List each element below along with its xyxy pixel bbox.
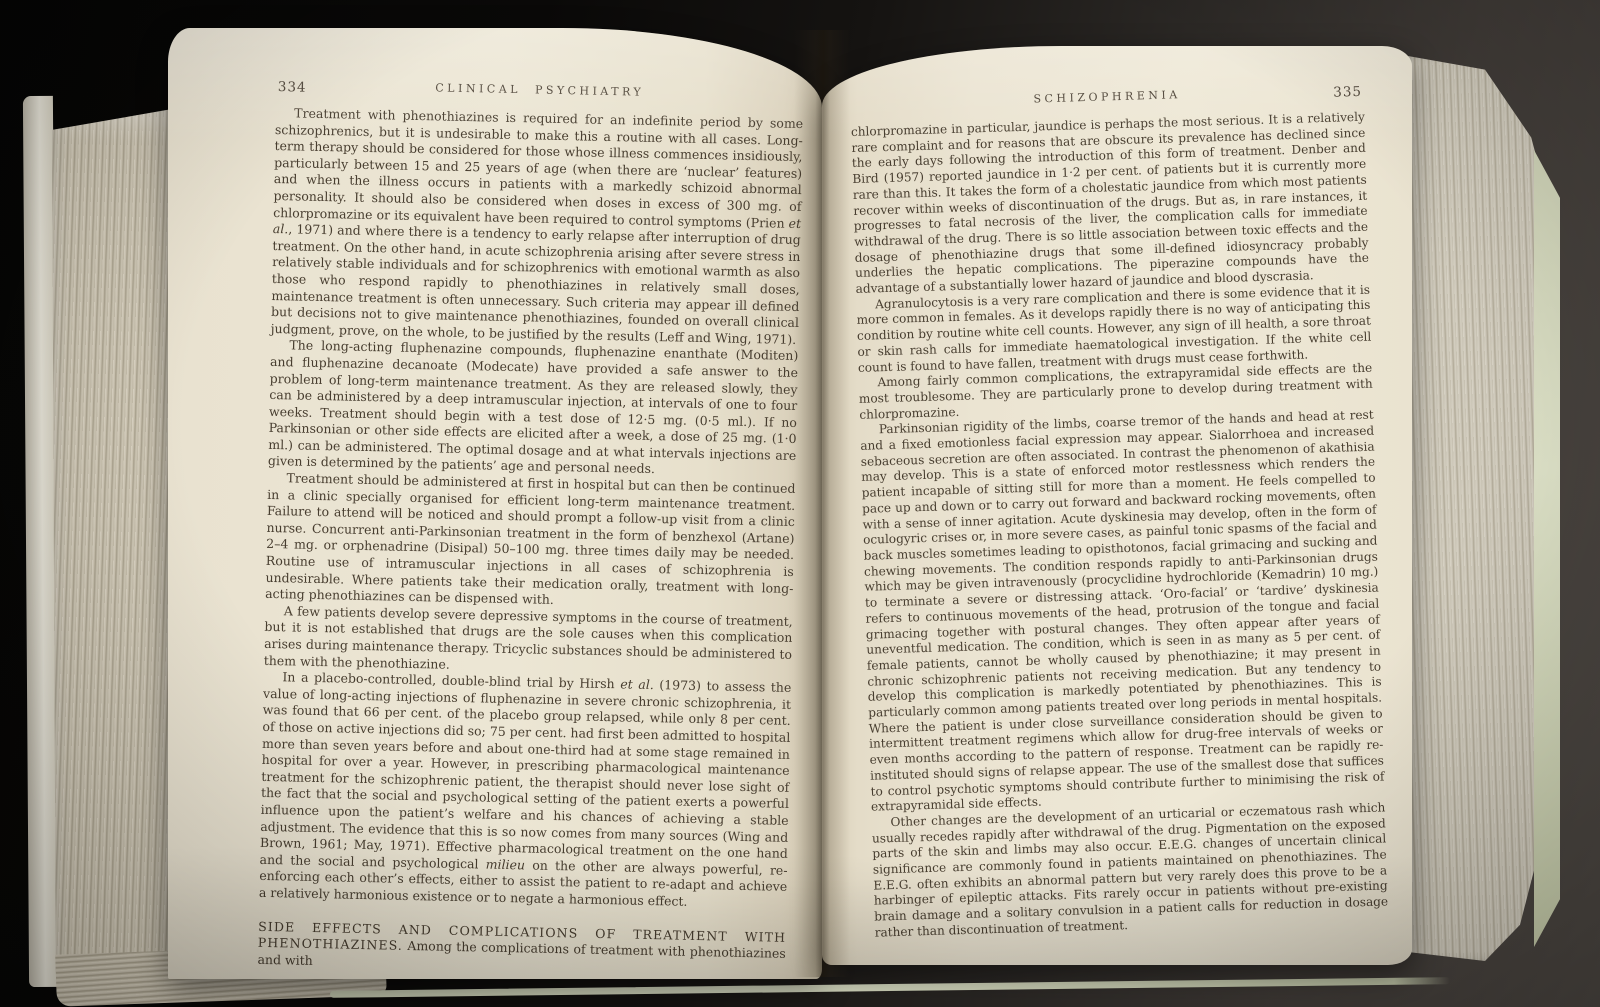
right-running-header: SCHIZOPHRENIA	[850, 83, 1364, 111]
paragraph: Treatment with phenothiazines is require…	[271, 105, 804, 348]
right-page-text: SCHIZOPHRENIA 335 chlorpromazine in part…	[850, 83, 1389, 941]
body-text: Treatment with phenothiazines is require…	[273, 105, 803, 230]
italic-text: et al.	[273, 215, 802, 236]
body-text: chlorpromazine in particular, jaundice i…	[851, 110, 1369, 296]
body-text: , 1971) and where there is a tendency to…	[271, 221, 801, 346]
paragraph: Parkinsonian rigidity of the limbs, coar…	[860, 408, 1385, 816]
right-page-number: 335	[1333, 84, 1362, 101]
body-text: A few patients develop severe depressive…	[264, 603, 793, 671]
right-page-header: SCHIZOPHRENIA 335	[850, 83, 1364, 116]
body-text: The long-acting fluphenazine compounds, …	[268, 338, 799, 477]
bottom-cover-edge	[330, 977, 1450, 998]
body-text: Parkinsonian rigidity of the limbs, coar…	[860, 408, 1384, 814]
paragraph: Among fairly common complications, the e…	[858, 361, 1373, 423]
body-text: SIDE EFFECTS AND COMPLICATIONS OF TREATM…	[258, 918, 787, 953]
paragraph: SIDE EFFECTS AND COMPLICATIONS OF TREATM…	[257, 918, 786, 979]
paragraph: The long-acting fluphenazine compounds, …	[268, 337, 799, 481]
paragraph: In a placebo-controlled, double-blind tr…	[259, 669, 792, 912]
paragraph: chlorpromazine in particular, jaundice i…	[851, 110, 1370, 298]
body-text: Other changes are the development of an …	[872, 800, 1389, 939]
body-text: on the other are always powerful, re-enf…	[259, 857, 788, 909]
right-page-paragraphs: chlorpromazine in particular, jaundice i…	[851, 110, 1389, 941]
body-text: Among fairly common complications, the e…	[859, 361, 1373, 422]
body-text: In a placebo-controlled, double-blind tr…	[282, 669, 620, 691]
left-page-stack-edges	[52, 108, 178, 985]
right-page-stack-edges	[1408, 56, 1548, 961]
body-text: Among the complications of treatment wit…	[257, 938, 786, 968]
photo-background: 334 CLINICAL PSYCHIATRY Treatment with p…	[0, 0, 1600, 1007]
left-running-header: CLINICAL PSYCHIATRY	[276, 78, 804, 102]
left-page-header: 334 CLINICAL PSYCHIATRY	[276, 78, 804, 107]
left-page: 334 CLINICAL PSYCHIATRY Treatment with p…	[168, 28, 822, 979]
right-page: SCHIZOPHRENIA 335 chlorpromazine in part…	[822, 46, 1412, 965]
paragraph: A few patients develop severe depressive…	[264, 603, 793, 680]
body-text: Treatment should be administered at firs…	[265, 470, 796, 607]
paragraph: Agranulocytosis is a very rare complicat…	[856, 282, 1372, 376]
left-page-text: 334 CLINICAL PSYCHIATRY Treatment with p…	[257, 78, 804, 979]
italic-text: milieu	[486, 856, 526, 872]
paragraph: Other changes are the development of an …	[871, 800, 1389, 941]
body-text: (1973) to assess the value of long-actin…	[259, 677, 791, 871]
book-gutter-shadow	[794, 30, 850, 977]
left-page-number: 334	[278, 79, 307, 96]
body-text: Agranulocytosis is a very rare complicat…	[856, 282, 1371, 374]
left-page-paragraphs: Treatment with phenothiazines is require…	[257, 105, 803, 979]
paragraph: Treatment should be administered at firs…	[265, 470, 796, 614]
right-cover-edge	[1534, 150, 1560, 947]
italic-text: et al.	[620, 677, 654, 693]
